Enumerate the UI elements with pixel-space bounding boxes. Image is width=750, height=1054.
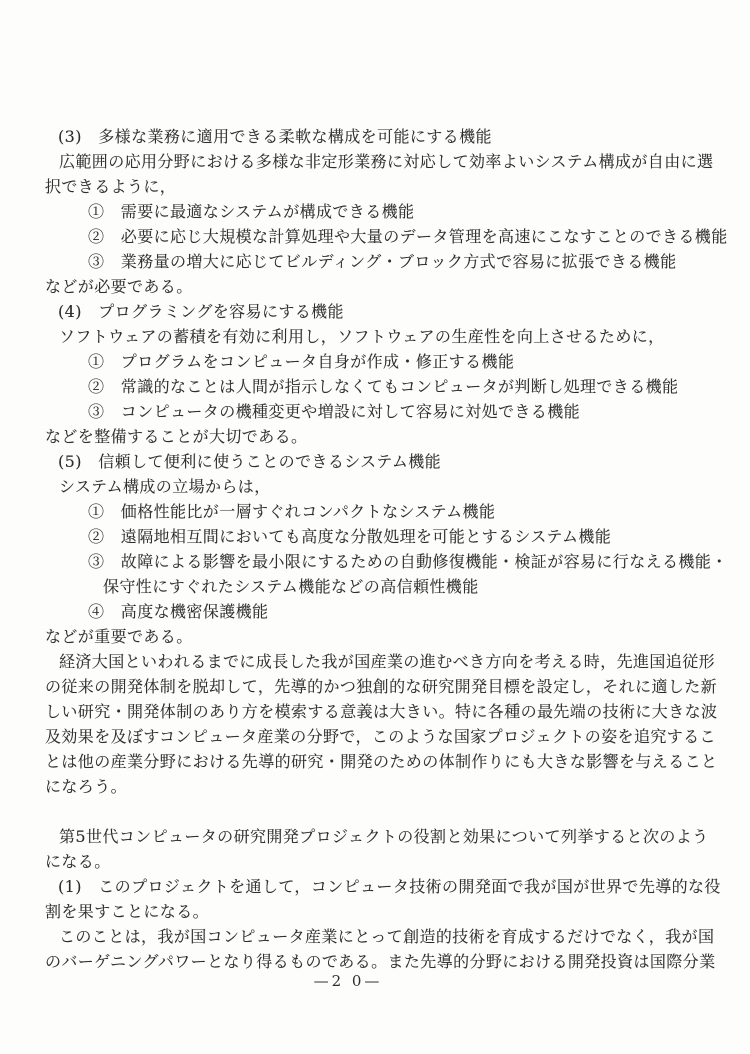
text-line: ④ 高度な機密保護機能 xyxy=(45,599,717,624)
text-line: 割を果すことになる。 xyxy=(45,899,717,924)
text-line: (5) 信頼して便利に使うことのできるシステム機能 xyxy=(45,449,717,474)
text-line: などが必要である。 xyxy=(45,274,717,299)
document-text-block: (3) 多様な業務に適用できる柔軟な構成を可能にする機能広範囲の応用分野における… xyxy=(45,124,717,974)
page-number: —2 0— xyxy=(0,970,723,992)
text-line: ② 遠隔地相互間においても高度な分散処理を可能とするシステム機能 xyxy=(45,524,717,549)
text-line: 第5世代コンピュータの研究開発プロジェクトの役割と効果について列挙すると次のよう xyxy=(45,824,717,849)
text-line: ① 需要に最適なシステムが構成できる機能 xyxy=(45,199,717,224)
text-line: などを整備することが大切である。 xyxy=(45,424,717,449)
text-line: システム構成の立場からは， xyxy=(45,474,717,499)
text-line: とは他の産業分野における先導的研究・開発のための体制作りにも大きな影響を与えるこ… xyxy=(45,749,717,774)
text-line: しい研究・開発体制のあり方を模索する意義は大きい。特に各種の最先端の技術に大きな… xyxy=(45,699,717,724)
text-line: (1) このプロジェクトを通して，コンピュータ技術の開発面で我が国が世界で先導的… xyxy=(45,874,717,899)
text-line: 経済大国といわれるまでに成長した我が国産業の進むべき方向を考える時，先進国追従形 xyxy=(45,649,717,674)
text-line: ソフトウェアの蓄積を有効に利用し，ソフトウェアの生産性を向上させるために， xyxy=(45,324,717,349)
text-line: ③ 業務量の増大に応じてビルディング・ブロック方式で容易に拡張できる機能 xyxy=(45,249,717,274)
text-line: の従来の開発体制を脱却して，先導的かつ独創的な研究開発目標を設定し，それに適した… xyxy=(45,674,717,699)
text-line: 広範囲の応用分野における多様な非定形業務に対応して効率よいシステム構成が自由に選 xyxy=(45,149,717,174)
text-line: になる。 xyxy=(45,849,717,874)
text-line: ③ コンピュータの機種変更や増設に対して容易に対処できる機能 xyxy=(45,399,717,424)
text-line: このことは，我が国コンピュータ産業にとって創造的技術を育成するだけでなく，我が国 xyxy=(45,924,717,949)
text-line: 択できるように， xyxy=(45,174,717,199)
text-line: ① 価格性能比が一層すぐれコンパクトなシステム機能 xyxy=(45,499,717,524)
scanned-document-page: (3) 多様な業務に適用できる柔軟な構成を可能にする機能広範囲の応用分野における… xyxy=(0,0,750,1054)
text-line: ② 常識的なことは人間が指示しなくてもコンピュータが判断し処理できる機能 xyxy=(45,374,717,399)
text-line: ② 必要に応じ大規模な計算処理や大量のデータ管理を高速にこなすことのできる機能 xyxy=(45,224,717,249)
text-line: (4) プログラミングを容易にする機能 xyxy=(45,299,717,324)
text-line: ① プログラムをコンピュータ自身が作成・修正する機能 xyxy=(45,349,717,374)
text-line: 保守性にすぐれたシステム機能などの高信頼性機能 xyxy=(45,574,717,599)
text-line: などが重要である。 xyxy=(45,624,717,649)
text-line: ③ 故障による影響を最小限にするための自動修復機能・検証が容易に行なえる機能・ xyxy=(45,549,717,574)
text-line xyxy=(45,799,717,824)
text-line: になろう。 xyxy=(45,774,717,799)
text-line: 及効果を及ぼすコンピュータ産業の分野で，このような国家プロジェクトの姿を追究する… xyxy=(45,724,717,749)
text-line: (3) 多様な業務に適用できる柔軟な構成を可能にする機能 xyxy=(45,124,717,149)
